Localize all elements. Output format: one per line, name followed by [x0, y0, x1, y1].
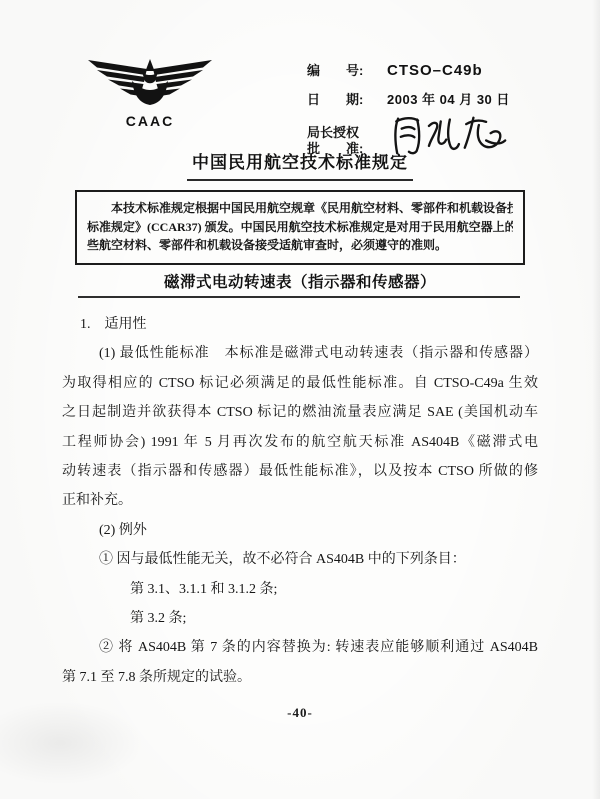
caac-wings-icon	[84, 58, 216, 108]
title-wrap: 中国民用航空技术标准规定	[0, 148, 600, 181]
document-body: 1. 适用性 (1) 最低性能标准 本标准是磁滞式电动转速表（指示器和传感器） …	[62, 310, 538, 692]
body-line: ② 将 AS404B 第 7 条的内容替换为: 转速表应能够顺利通过 AS404…	[62, 633, 538, 662]
body-line: 正和补充。	[62, 486, 538, 515]
body-line: (2) 例外	[62, 516, 538, 545]
body-line: 工程师协会) 1991 年 5 月再次发布的航空航天标准 AS404B《磁滞式电	[62, 428, 538, 457]
body-line: 第 3.1、3.1.1 和 3.1.2 条;	[62, 575, 538, 604]
body-line: 为取得相应的 CTSO 标记必须满足的最低性能标准。自 CTSO-C49a 生效	[62, 369, 538, 398]
document-number-label: 编 号:	[307, 60, 387, 79]
body-line: 1. 适用性	[62, 310, 538, 339]
body-line: ① 因与最低性能无关，故不必符合 AS404B 中的下列条目：	[62, 545, 538, 574]
body-line: 之日起制造并欲获得本 CTSO 标记的燃油流量表应满足 SAE (美国机动车	[62, 398, 538, 427]
notice-line: 标准规定》(CCAR37) 颁发。中国民用航空技术标准规定是对用于民用航空器上的…	[87, 218, 513, 237]
document-number-value: CTSO–C49b	[387, 62, 483, 79]
issue-date-row: 日 期: 2003 年 04 月 30 日	[307, 89, 557, 108]
issue-date-label: 日 期:	[307, 89, 387, 108]
heading-rule	[78, 296, 520, 298]
page-number: -40-	[0, 705, 600, 721]
document-page: CAAC 编 号: CTSO–C49b 日 期: 2003 年 04 月 30 …	[0, 0, 600, 799]
caac-logo: CAAC	[84, 58, 216, 129]
document-title: 中国民用航空技术标准规定	[187, 148, 413, 181]
body-line: 动转速表（指示器和传感器）最低性能标准》，以及按本 CTSO 所做的修	[62, 457, 538, 486]
issue-date-value: 2003 年 04 月 30 日	[387, 89, 510, 108]
notice-line: 些航空材料、零部件和机载设备接受适航审查时，必须遵守的准则。	[87, 236, 513, 255]
notice-box: 本技术标准规定根据中国民用航空规章《民用航空材料、零部件和机载设备技术 标准规定…	[75, 190, 525, 265]
caac-acronym: CAAC	[84, 113, 216, 129]
section-heading: 磁滞式电动转速表（指示器和传感器）	[0, 270, 600, 292]
document-number-row: 编 号: CTSO–C49b	[307, 60, 557, 79]
notice-line: 本技术标准规定根据中国民用航空规章《民用航空材料、零部件和机载设备技术	[87, 199, 513, 218]
body-line: 第 7.1 至 7.8 条所规定的试验。	[62, 663, 538, 692]
body-line: (1) 最低性能标准 本标准是磁滞式电动转速表（指示器和传感器）	[62, 339, 538, 368]
body-line: 第 3.2 条;	[62, 604, 538, 633]
